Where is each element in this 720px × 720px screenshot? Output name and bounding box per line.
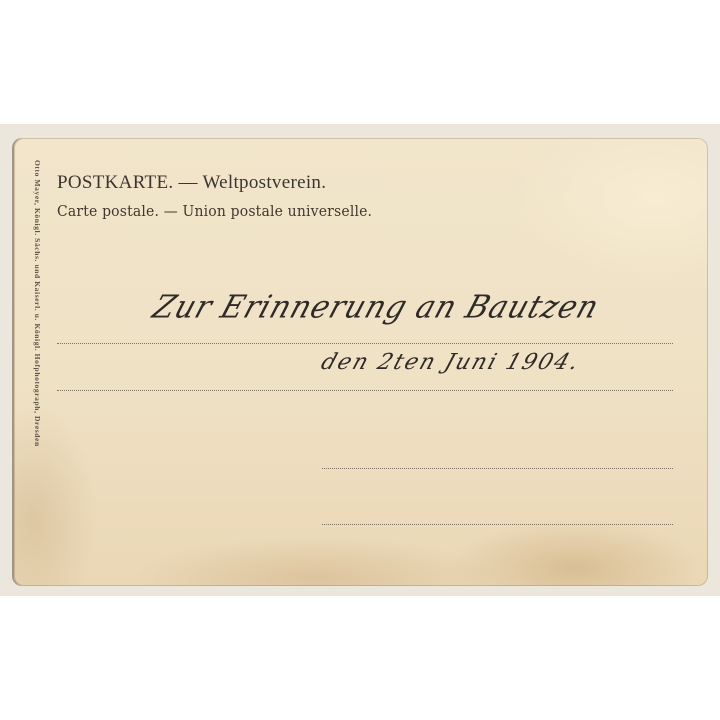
postcard: Otto Mayer, Königl. Sächs. und Kaiserl. … [14,138,708,586]
postcard-subheading: Carte postale. — Union postale universel… [57,202,372,220]
handwritten-line-1: Zur Erinnerung an Bautzen [148,289,604,326]
postcard-heading: POSTKARTE. — Weltpostverein. [57,172,326,194]
address-line-2 [57,390,673,391]
publisher-credit: Otto Mayer, Königl. Sächs. und Kaiserl. … [30,160,42,560]
address-line-4 [322,524,673,525]
address-line-3 [322,468,673,469]
handwritten-line-2: den 2ten Juni 1904. [318,350,584,375]
address-line-1 [57,343,673,344]
